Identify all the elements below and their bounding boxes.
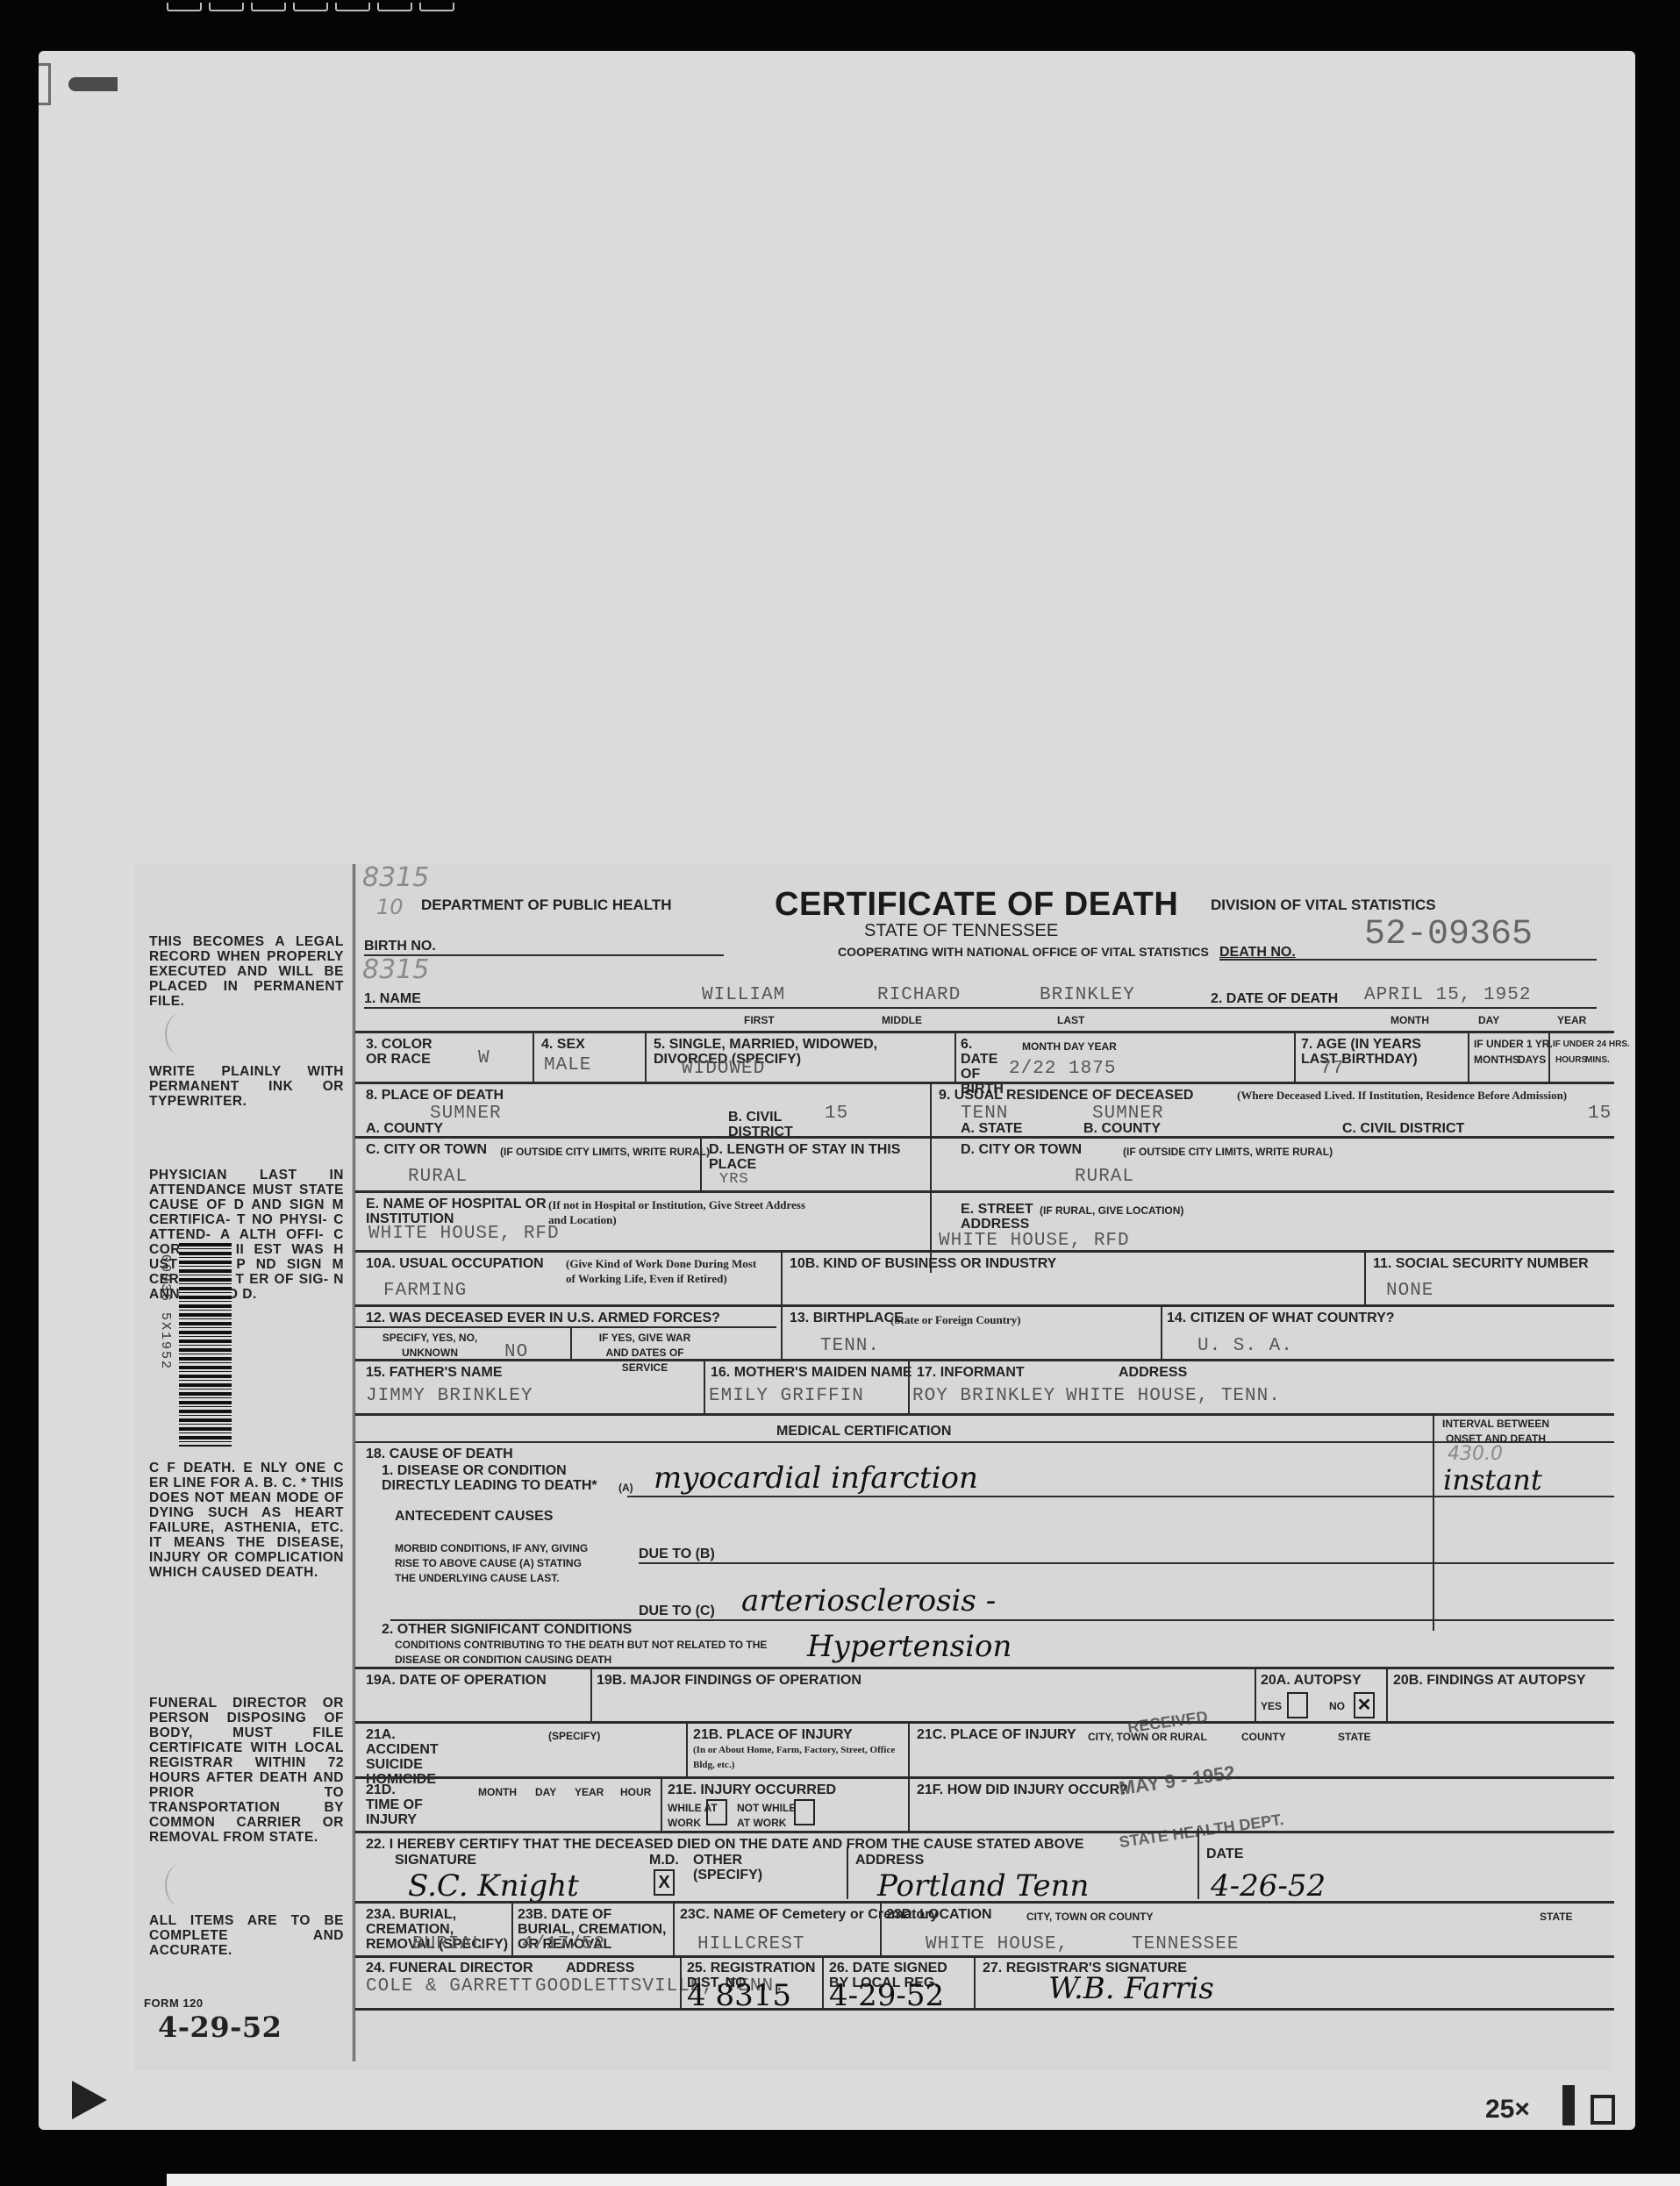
autopsy-yes-label: YES — [1261, 1699, 1282, 1714]
res-city-label: D. CITY OR TOWN — [961, 1142, 1082, 1157]
marital-value: WIDOWED — [682, 1059, 765, 1079]
autopsy-yes-checkbox[interactable] — [1287, 1692, 1308, 1718]
operation-findings-label: 19B. MAJOR FINDINGS OF OPERATION — [597, 1673, 861, 1688]
informant-address-label: ADDRESS — [1119, 1365, 1187, 1380]
cause-a-label: (A) — [618, 1481, 633, 1496]
place-injury-b-label: 21B. PLACE OF INJURY — [693, 1727, 853, 1742]
death-certificate: THIS BECOMES A LEGAL RECORD WHEN PROPERL… — [133, 864, 1612, 2070]
residence-note: (Where Deceased Lived. If Institution, R… — [1237, 1088, 1597, 1103]
color-label: 3. COLOR OR RACE — [366, 1037, 454, 1067]
place-of-death-label: 8. PLACE OF DEATH — [366, 1088, 504, 1103]
certify-label: 22. I HEREBY CERTIFY THAT THE DECEASED D… — [366, 1837, 1083, 1852]
while-at-work-checkbox[interactable] — [706, 1799, 727, 1825]
days-label: DAYS — [1518, 1053, 1546, 1068]
mother-label: 16. MOTHER'S MAIDEN NAME — [711, 1365, 912, 1380]
time-month-col: MONTH — [478, 1785, 517, 1800]
cause-b-label: DUE TO (B) — [639, 1547, 715, 1561]
informant-label: 17. INFORMANT — [917, 1365, 1025, 1380]
certifier-address: Portland Tenn — [877, 1868, 1089, 1904]
color-value: W — [478, 1048, 490, 1068]
under-1yr-label: IF UNDER 1 YR. — [1474, 1037, 1553, 1052]
death-civil-label: B. CIVIL DISTRICT — [728, 1110, 807, 1139]
pencil-code: 430.0 — [1448, 1443, 1503, 1465]
res-city-value: RURAL — [1075, 1167, 1134, 1187]
burial-state-label: STATE — [1540, 1910, 1573, 1925]
sub-month: MONTH — [1390, 1013, 1429, 1028]
play-triangle-icon[interactable] — [72, 2081, 107, 2119]
sex-value: MALE — [544, 1055, 591, 1075]
residence-label: 9. USUAL RESIDENCE OF DECEASED — [939, 1088, 1193, 1103]
write-plainly-note: WRITE PLAINLY WITH PERMANENT INK OR TYPE… — [149, 1064, 344, 1109]
name-middle: RICHARD — [877, 985, 961, 1005]
operation-date-label: 19A. DATE OF OPERATION — [366, 1673, 547, 1688]
under-24hrs-label: IF UNDER 24 HRS. — [1553, 1037, 1630, 1052]
film-edge-markings — [167, 0, 658, 14]
pencil-number-mid: 10 — [376, 895, 404, 919]
mins-label: MINS. — [1585, 1053, 1610, 1068]
armed-war-label: IF YES, GIVE WAR AND DATES OF SERVICE — [588, 1331, 702, 1375]
name-last: BRINKLEY — [1040, 985, 1135, 1005]
frame-tab-marker — [68, 77, 118, 91]
other-conditions-value: Hypertension — [807, 1629, 1012, 1664]
cause-c-label: DUE TO (C) — [639, 1604, 715, 1618]
length-of-stay-value: YRS — [719, 1171, 749, 1188]
registrar-signature: W.B. Farris — [1048, 1971, 1214, 2006]
complete-accurate-note: ALL ITEMS ARE TO BE COMPLETE AND ACCURAT… — [149, 1913, 344, 1958]
morbid-label: MORBID CONDITIONS, IF ANY, GIVING RISE T… — [395, 1541, 605, 1586]
mother-value: EMILY GRIFFIN — [709, 1386, 864, 1406]
film-footer — [39, 2075, 1635, 2129]
armed-forces-label: 12. WAS DECEASED EVER IN U.S. ARMED FORC… — [366, 1311, 720, 1325]
sub-middle: MIDDLE — [882, 1013, 922, 1028]
cause-a-value: myocardial infarction — [654, 1461, 978, 1496]
accident-specify: (SPECIFY) — [548, 1729, 600, 1744]
pencil-number-name: 8315 — [362, 954, 429, 985]
md-label: M.D. — [649, 1853, 679, 1868]
time-hour-col: HOUR — [620, 1785, 651, 1800]
death-city-note: (IF OUTSIDE CITY LIMITS, WRITE RURAL) — [500, 1145, 710, 1160]
res-civil-label: C. CIVIL DISTRICT — [1342, 1121, 1464, 1136]
autopsy-no-label: NO — [1329, 1699, 1345, 1714]
instructions-sidebar: THIS BECOMES A LEGAL RECORD WHEN PROPERL… — [133, 864, 348, 2070]
age-value: 77 — [1320, 1059, 1344, 1079]
cemetery-name: HILLCREST — [697, 1934, 804, 1954]
res-city-note: (IF OUTSIDE CITY LIMITS, WRITE RURAL) — [1123, 1145, 1333, 1160]
other-conditions-note: CONDITIONS CONTRIBUTING TO THE DEATH BUT… — [395, 1638, 790, 1668]
cause-a-interval: instant — [1443, 1463, 1542, 1497]
place-injury-county-col: COUNTY — [1241, 1730, 1286, 1745]
date-of-death-label: 2. DATE OF DEATH — [1211, 991, 1338, 1006]
state-label: STATE OF TENNESSEE — [864, 921, 1058, 941]
dob-sub: MONTH DAY YEAR — [1022, 1039, 1117, 1054]
citizen-value: U. S. A. — [1197, 1336, 1293, 1356]
hospital-label: E. NAME OF HOSPITAL OR INSTITUTION — [366, 1197, 559, 1226]
autopsy-no-checkbox[interactable]: ✕ — [1354, 1692, 1375, 1718]
not-while-at-work-checkbox[interactable] — [794, 1799, 815, 1825]
cause-of-death-label: 18. CAUSE OF DEATH — [366, 1447, 513, 1461]
informant-value: ROY BRINKLEY — [912, 1386, 1055, 1406]
funeral-address-label: ADDRESS — [566, 1961, 634, 1975]
legal-record-note: THIS BECOMES A LEGAL RECORD WHEN PROPERL… — [149, 934, 344, 1009]
handwritten-date: 4-29-52 — [158, 2020, 282, 2035]
signature-label: SIGNATURE — [395, 1853, 476, 1868]
time-day-col: DAY — [535, 1785, 556, 1800]
father-label: 15. FATHER'S NAME — [366, 1365, 503, 1380]
death-civil-value: 15 — [825, 1104, 848, 1124]
next-frame-edge — [167, 2174, 1680, 2186]
place-injury-c-label: 21C. PLACE OF INJURY — [917, 1727, 1076, 1742]
certificate-grid: 8315 10 DEPARTMENT OF PUBLIC HEALTH CERT… — [353, 864, 1612, 2061]
physician-signature: S.C. Knight — [408, 1868, 579, 1904]
sub-last: LAST — [1057, 1013, 1084, 1028]
certify-date-label: DATE — [1206, 1847, 1243, 1861]
burial-location: WHITE HOUSE, — [926, 1934, 1069, 1954]
burial-method: BURIAL — [412, 1934, 484, 1954]
burial-location-label: 23D. LOCATION — [886, 1907, 992, 1922]
hospital-note: (If not in Hospital or Institution, Give… — [548, 1197, 811, 1227]
reduction-ratio: 25× — [1485, 2095, 1530, 2125]
direct-cause-label: 1. DISEASE OR CONDITION DIRECTLY LEADING… — [382, 1463, 618, 1493]
street-label: E. STREET ADDRESS — [961, 1202, 1040, 1232]
father-value: JIMMY BRINKLEY — [366, 1386, 533, 1406]
burial-date: 4/17/52 — [522, 1934, 605, 1954]
other-specify-label: OTHER (SPECIFY) — [693, 1853, 763, 1882]
ratio-square-marker — [1591, 2095, 1615, 2125]
death-city-label: C. CITY OR TOWN — [366, 1142, 487, 1157]
res-civil-value: 15 — [1588, 1104, 1612, 1124]
business-label: 10B. KIND OF BUSINESS OR INDUSTRY — [790, 1256, 1056, 1271]
birth-no-label: BIRTH NO. — [364, 939, 436, 954]
length-of-stay-label: D. LENGTH OF STAY IN THIS PLACE — [709, 1142, 924, 1172]
death-city-value: RURAL — [408, 1167, 468, 1187]
barcode-number: 00936 5X1952 — [158, 1254, 173, 1370]
cause-of-death-note: C F DEATH. E NLY ONE C ER LINE FOR A. B.… — [149, 1461, 344, 1580]
ssn-value: NONE — [1386, 1281, 1433, 1301]
name-first: WILLIAM — [702, 985, 785, 1005]
occupation-note: (Give Kind of Work Done During Most of W… — [566, 1256, 759, 1286]
autopsy-label: 20A. AUTOPSY — [1261, 1673, 1362, 1688]
burial-location-sub: CITY, TOWN OR COUNTY — [1026, 1910, 1153, 1925]
res-state-label: A. STATE — [961, 1121, 1023, 1136]
form-number: FORM 120 — [144, 1996, 204, 2011]
birthplace-note: (State or Foreign Country) — [890, 1312, 1021, 1327]
received-date-stamp: MAY 9 - 1952 — [1118, 1761, 1237, 1800]
funeral-director-note: FUNERAL DIRECTOR OR PERSON DISPOSING OF … — [149, 1696, 344, 1845]
street-note: (IF RURAL, GIVE LOCATION) — [1040, 1204, 1183, 1218]
barcode — [179, 1243, 232, 1447]
date-of-death-value: APRIL 15, 1952 — [1364, 985, 1531, 1005]
frame-clip-marker — [39, 63, 51, 105]
how-injury-label: 21F. HOW DID INJURY OCCUR? — [917, 1782, 1128, 1797]
place-injury-b-note: (In or About Home, Farm, Factory, Street… — [693, 1743, 904, 1773]
punch-hole — [165, 1013, 197, 1055]
other-conditions-label: 2. OTHER SIGNIFICANT CONDITIONS — [382, 1622, 632, 1637]
occupation-value: FARMING — [383, 1281, 467, 1301]
citizen-label: 14. CITIZEN OF WHAT COUNTRY? — [1167, 1311, 1395, 1325]
certifier-address-label: ADDRESS — [855, 1853, 924, 1868]
death-no-label: DEATH NO. — [1219, 945, 1296, 960]
department-label: DEPARTMENT OF PUBLIC HEALTH — [421, 897, 672, 914]
md-checkbox[interactable]: X — [654, 1869, 675, 1896]
division-label: DIVISION OF VITAL STATISTICS — [1211, 897, 1436, 914]
ratio-bar-marker — [1562, 2085, 1575, 2125]
antecedent-label: ANTECEDENT CAUSES — [395, 1509, 553, 1524]
street-value: WHITE HOUSE, RFD — [939, 1231, 1130, 1251]
burial-state: TENNESSEE — [1132, 1934, 1239, 1954]
autopsy-findings-label: 20B. FINDINGS AT AUTOPSY — [1393, 1673, 1586, 1688]
medical-certification-heading: MEDICAL CERTIFICATION — [776, 1424, 951, 1439]
place-injury-state-col: STATE — [1338, 1730, 1371, 1745]
informant-address: WHITE HOUSE, TENN. — [1066, 1386, 1281, 1406]
sub-first: FIRST — [744, 1013, 775, 1028]
hours-label: HOURS — [1555, 1053, 1587, 1068]
cooperating-label: COOPERATING WITH NATIONAL OFFICE OF VITA… — [838, 945, 1209, 960]
certificate-title: CERTIFICATE OF DEATH — [775, 886, 1178, 924]
dob-value: 2/22 1875 — [1009, 1059, 1116, 1079]
pencil-number-top: 8315 — [362, 862, 429, 893]
punch-hole — [165, 1864, 197, 1906]
sex-label: 4. SEX — [541, 1037, 585, 1052]
res-county-label: B. COUNTY — [1083, 1121, 1161, 1136]
death-number: 52-09365 — [1364, 915, 1533, 954]
not-while-at-work-label: NOT WHILE AT WORK — [737, 1801, 798, 1831]
funeral-director-label: 24. FUNERAL DIRECTOR — [366, 1961, 533, 1975]
birthplace-label: 13. BIRTHPLACE — [790, 1311, 904, 1325]
death-county-label: A. COUNTY — [366, 1121, 443, 1136]
funeral-director: COLE & GARRETT — [366, 1976, 533, 1997]
certify-date: 4-26-52 — [1211, 1868, 1326, 1904]
armed-specify-label: SPECIFY, YES, NO, UNKNOWN — [373, 1331, 487, 1361]
sub-day: DAY — [1478, 1013, 1499, 1028]
months-label: MONTHS — [1474, 1053, 1519, 1068]
birthplace-value: TENN. — [820, 1336, 880, 1356]
occupation-label: 10A. USUAL OCCUPATION — [366, 1256, 544, 1271]
time-injury-label: 21D. TIME OF INJURY — [366, 1782, 427, 1827]
cause-c-value: arteriosclerosis - — [741, 1583, 996, 1618]
hospital-value: WHITE HOUSE, RFD — [368, 1224, 560, 1244]
sub-year: YEAR — [1557, 1013, 1586, 1028]
time-year-col: YEAR — [575, 1785, 604, 1800]
injury-occurred-label: 21E. INJURY OCCURRED — [668, 1782, 836, 1797]
name-label: 1. NAME — [364, 991, 421, 1006]
ssn-label: 11. SOCIAL SECURITY NUMBER — [1373, 1256, 1589, 1271]
